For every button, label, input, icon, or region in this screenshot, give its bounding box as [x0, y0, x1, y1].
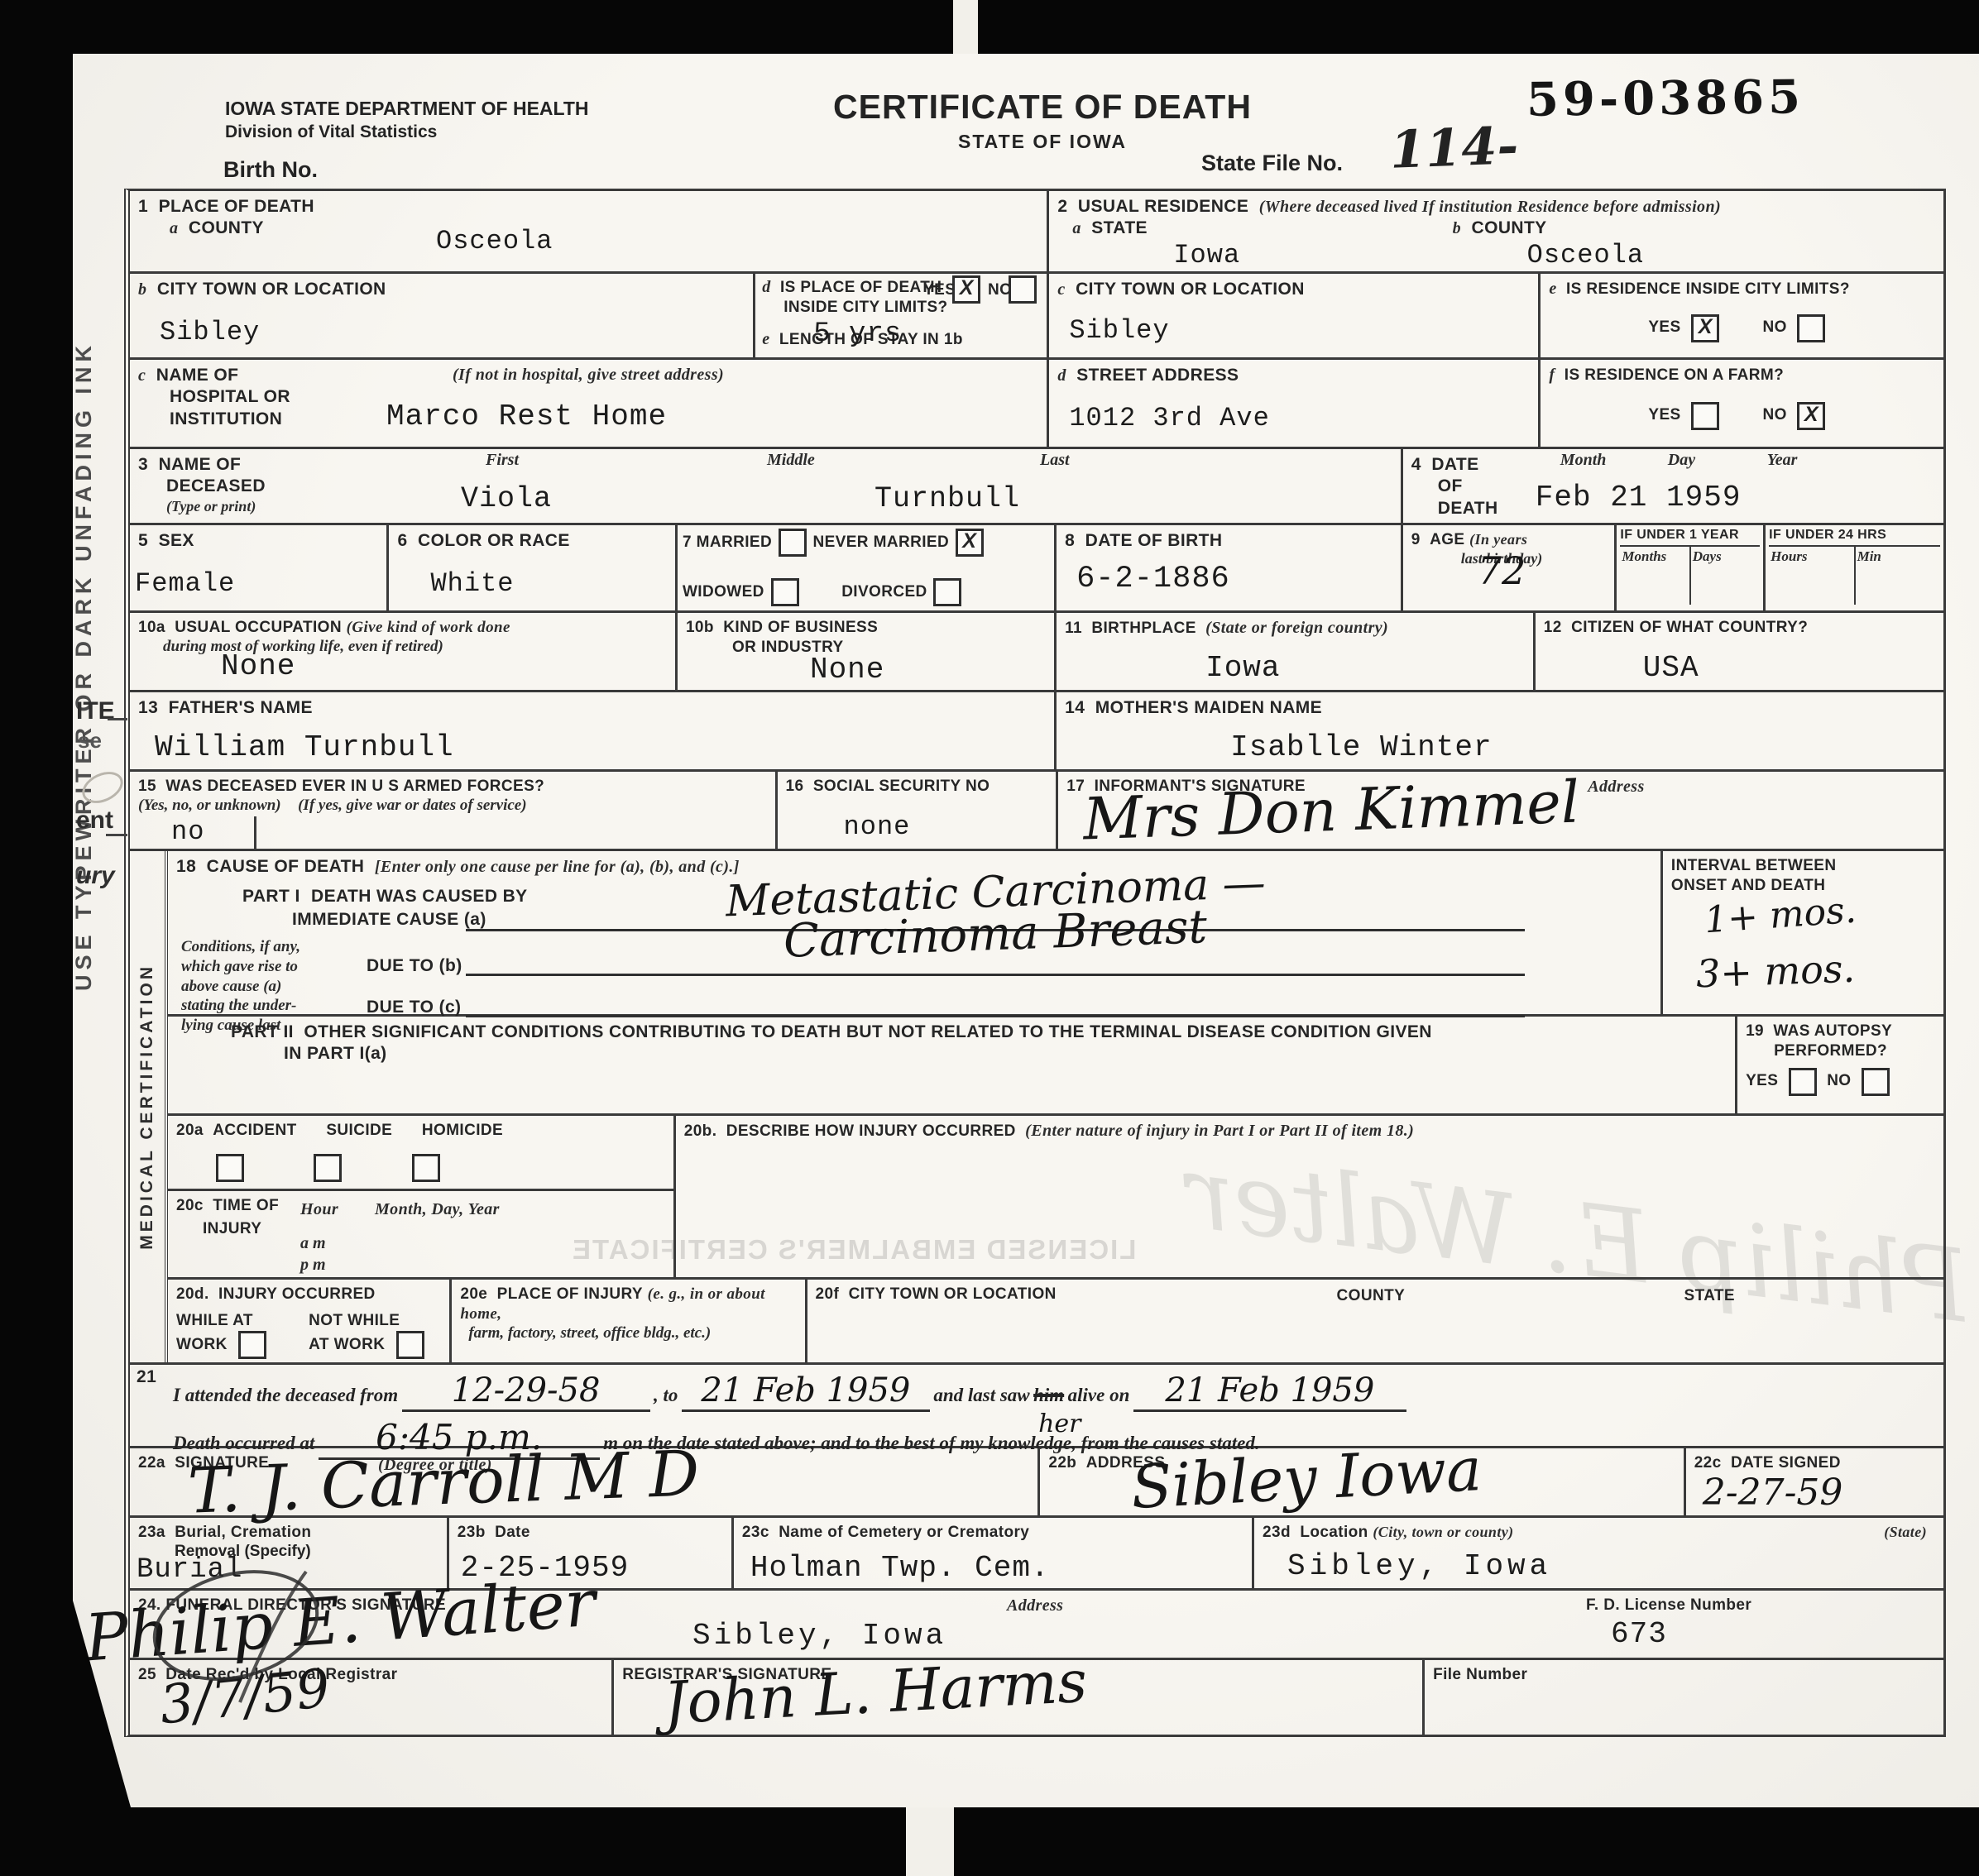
divorced-label: DIVORCED — [841, 583, 927, 601]
ssn-value: none — [844, 811, 911, 842]
certificate-form: 1 PLACE OF DEATH a COUNTY Osceola 2 USUA… — [124, 189, 1946, 1737]
last-seen-value: 21 Feb 1959 — [1165, 1371, 1374, 1409]
sub-letter: d — [1057, 366, 1066, 385]
field-2f-farm: f IS RESIDENCE ON A FARM? YES NO X — [1541, 360, 1943, 447]
form-row: 20c TIME OF Hour Month, Day, Year INJURY… — [168, 1189, 1943, 1280]
form-row: 15 WAS DECEASED EVER IN U S ARMED FORCES… — [130, 772, 1943, 851]
checkbox-married — [779, 529, 807, 557]
burial-location-value: Sibley, Iowa — [1287, 1549, 1551, 1583]
physician-signature: T. J. Carroll M D — [187, 1436, 701, 1528]
field-14-mother: 14 MOTHER'S MAIDEN NAME Isablle Winter — [1057, 692, 1943, 769]
field-hint: (Enter nature of injury in Part I or Par… — [1025, 1122, 1414, 1140]
conditions-line: stating the under- — [181, 996, 300, 1016]
field-number: 6 — [397, 531, 407, 550]
film-top-bar — [0, 0, 1979, 54]
field-number: 5 — [138, 531, 148, 550]
business-value: None — [810, 653, 884, 687]
checkbox-res-inside-no — [1797, 314, 1825, 342]
struck-word: him — [1033, 1385, 1064, 1405]
field-17-informant: 17 INFORMANT'S SIGNATURE Address Mrs Don… — [1058, 772, 1943, 849]
field-20c-time-of-injury: 20c TIME OF Hour Month, Day, Year INJURY… — [168, 1189, 676, 1277]
checkbox-homicide — [412, 1154, 440, 1182]
sub-letter: a — [1072, 219, 1081, 237]
form-row: 3 NAME OF DECEASED (Type or print) First… — [130, 449, 1943, 525]
field-23d-location: 23d Location (City, town or county) (Sta… — [1254, 1518, 1943, 1588]
part2-label: PART II — [231, 1022, 294, 1041]
form-row: 18 CAUSE OF DEATH [Enter only one cause … — [168, 851, 1943, 1017]
margin-fragment: se — [78, 728, 102, 754]
field-number: 19 — [1746, 1022, 1764, 1040]
sub-letter: b — [1453, 219, 1461, 237]
due-to-b-label: DUE TO (b) — [367, 955, 462, 977]
field-1c-hospital: c NAME OF (If not in hospital, give stre… — [130, 360, 1049, 447]
field-9-age: 9 AGE (In years last birthday) 72 — [1403, 525, 1617, 610]
state-file-label: State File No. — [1201, 151, 1343, 176]
field-10b-business: 10b KIND OF BUSINESS OR INDUSTRY None — [678, 613, 1057, 690]
field-1a-county: 1 PLACE OF DEATH a COUNTY Osceola — [130, 191, 1049, 271]
conditions-line: which gave rise to — [181, 957, 300, 977]
form-row: 5 SEX Female 6 COLOR OR RACE White 7 MAR… — [130, 525, 1943, 613]
first-name-value: Viola — [461, 482, 552, 515]
field-9-under-24-hrs: IF UNDER 24 HRS Hours Min — [1766, 525, 1943, 610]
days-label: Days — [1691, 547, 1760, 605]
microfilm-frame: USE TYPEWRITER OR DARK UNFADING INK ITE … — [0, 0, 1979, 1876]
mother-name-value: Isablle Winter — [1230, 730, 1492, 764]
field-number: 22b — [1048, 1454, 1076, 1472]
field-number: 16 — [786, 778, 804, 795]
sub-letter: a — [170, 219, 178, 237]
field-number: 3 — [138, 455, 148, 474]
field-label: Location — [1300, 1524, 1368, 1541]
sub-label: NAME OF — [156, 366, 239, 385]
autopsy-label: PERFORMED? — [1774, 1041, 1935, 1061]
suicide-label: SUICIDE — [326, 1122, 392, 1139]
min-label: Min — [1856, 547, 1940, 605]
part2-text: OTHER SIGNIFICANT CONDITIONS CONTRIBUTIN… — [304, 1022, 1431, 1041]
field-18-interval: INTERVAL BETWEEN ONSET AND DEATH 1+ mos.… — [1663, 851, 1943, 1014]
field-number: 11 — [1065, 620, 1082, 637]
field-6-race: 6 COLOR OR RACE White — [389, 525, 678, 610]
field-label: DATE OF BIRTH — [1085, 531, 1223, 550]
form-row: 13 FATHER'S NAME William Turnbull 14 MOT… — [130, 692, 1943, 772]
medical-certification-block: MEDICAL CERTIFICATION 18 CAUSE OF DEATH … — [130, 851, 1943, 1362]
checkmark: X — [1699, 315, 1713, 338]
corrected-word: her — [1038, 1409, 1081, 1438]
checkbox-farm-no: X — [1797, 402, 1825, 430]
sub-letter: d — [762, 278, 770, 296]
part2-text: IN PART I(a) — [284, 1043, 1727, 1065]
age-value: 72 — [1478, 548, 1526, 593]
field-number: 20c — [176, 1197, 204, 1214]
field-20e-place-of-injury: 20e PLACE OF INJURY (e. g., in or about … — [452, 1280, 807, 1362]
field-number: 23d — [1263, 1524, 1291, 1541]
field-label: PLACE OF INJURY — [497, 1285, 643, 1303]
field-hint: (In years — [1469, 531, 1527, 548]
checkbox-divorced — [933, 578, 961, 606]
field-label: NAME OF — [159, 455, 242, 474]
pm-label: p m — [300, 1256, 326, 1275]
form-row: 25 Date Rec'd by Local Registrar 3/7/59 … — [130, 1660, 1943, 1735]
county-label: COUNTY — [1337, 1286, 1406, 1306]
sex-value: Female — [135, 568, 235, 599]
field-2b-county: b COUNTY Osceola — [1453, 218, 1935, 270]
margin-fragment: ent — [76, 806, 113, 835]
last-name-value: Turnbull — [874, 482, 1020, 515]
form-row: b CITY TOWN OR LOCATION Sibley d IS PLAC… — [130, 274, 1943, 360]
checkbox-res-inside-yes: X — [1691, 314, 1719, 342]
due-to-c-label: DUE TO (c) — [367, 997, 461, 1018]
field-2-usual-residence: 2 USUAL RESIDENCE (Where deceased lived … — [1049, 191, 1943, 271]
field-label: COLOR OR RACE — [418, 531, 570, 550]
field-number: 22c — [1694, 1454, 1722, 1472]
field-label: OR INDUSTRY — [732, 638, 1046, 658]
medical-certification-label: MEDICAL CERTIFICATION — [137, 964, 157, 1250]
not-while-at-work-label: NOT WHILE — [309, 1312, 400, 1329]
field-number: 13 — [138, 698, 158, 717]
film-left-bar — [0, 0, 73, 1876]
field-label: TIME OF — [213, 1197, 279, 1214]
residence-city-value: Sibley — [1069, 315, 1169, 346]
field-label: DECEASED — [166, 476, 1392, 497]
field-2d-street: d STREET ADDRESS 1012 3rd Ave — [1049, 360, 1541, 447]
attended-from-line: 12-29-58 — [402, 1371, 650, 1412]
county-value: Osceola — [436, 226, 553, 256]
film-top-notch — [953, 0, 978, 54]
field-16-ssn: 16 SOCIAL SECURITY NO none — [778, 772, 1059, 849]
field-label: Name of Cemetery or Crematory — [779, 1524, 1029, 1541]
field-20d-injury-occurred: 20d. INJURY OCCURRED WHILE AT WORK NOT W… — [168, 1280, 452, 1362]
sub-label: INSIDE CITY LIMITS? — [783, 299, 947, 316]
occupation-value: None — [221, 649, 295, 683]
married-label: MARRIED — [697, 534, 772, 551]
film-bottom-bar — [0, 1807, 1979, 1876]
field-13-father: 13 FATHER'S NAME William Turnbull — [130, 692, 1057, 769]
agency-name: IOWA STATE DEPARTMENT OF HEALTH — [225, 98, 589, 120]
margin-fragment: ury — [76, 862, 115, 890]
license-number-value: 673 — [1611, 1617, 1667, 1651]
field-label: AGE — [1430, 531, 1464, 548]
margin-fragment: ITE — [76, 697, 115, 725]
field-24-funeral-director: 24. FUNERAL DIRECTOR'S SIGNATURE Address… — [130, 1591, 1943, 1658]
checkbox-autopsy-yes — [1789, 1068, 1817, 1096]
not-while-at-work-label: AT WORK — [309, 1336, 385, 1353]
form-row: 1 PLACE OF DEATH a COUNTY Osceola 2 USUA… — [130, 191, 1943, 274]
state-file-value: 114- — [1389, 115, 1520, 179]
field-number: 23a — [138, 1524, 165, 1541]
field-number: 12 — [1544, 619, 1562, 636]
medical-certification-strip: MEDICAL CERTIFICATION — [130, 851, 168, 1362]
col-middle: Middle — [767, 451, 815, 470]
checkbox-suicide — [314, 1154, 342, 1182]
film-bottom-notch — [906, 1807, 954, 1876]
sub-letter: e — [1549, 280, 1556, 298]
date-signed-value: 2-27-59 — [1703, 1472, 1843, 1514]
state-hint: (State) — [1884, 1523, 1927, 1542]
hospital-value: Marco Rest Home — [386, 400, 667, 433]
field-19-autopsy: 19 WAS AUTOPSY PERFORMED? YES NO — [1737, 1017, 1943, 1113]
date-of-death-value: Feb 21 1959 — [1536, 481, 1742, 514]
form-row: 21 I attended the deceased from 12-29-58… — [130, 1362, 1943, 1448]
field-hint: (If not in hospital, give street address… — [453, 365, 724, 385]
field-12-citizen: 12 CITIZEN OF WHAT COUNTRY? USA — [1536, 613, 1943, 690]
while-at-work-label: WORK — [176, 1336, 228, 1353]
sub-label: COUNTY — [1472, 218, 1547, 237]
field-number: 10a — [138, 619, 165, 636]
yes-label: YES — [1648, 318, 1680, 336]
field-23c-cemetery: 23c Name of Cemetery or Crematory Holman… — [734, 1518, 1254, 1588]
field-label: FATHER'S NAME — [169, 698, 313, 717]
col-day: Day — [1668, 451, 1695, 470]
form-row: 20d. INJURY OCCURRED WHILE AT WORK NOT W… — [168, 1280, 1943, 1362]
field-label: SEX — [159, 531, 194, 550]
conditions-line: Conditions, if any, — [181, 937, 300, 957]
field-label: KIND OF BUSINESS — [723, 619, 878, 636]
field-label: CITY TOWN OR LOCATION — [849, 1285, 1057, 1303]
field-hint: (If yes, give war or dates of service) — [298, 797, 526, 814]
interval-a-value: 1+ mos. — [1703, 889, 1857, 942]
autopsy-label: WAS AUTOPSY — [1773, 1022, 1892, 1040]
field-20f-city-county-state: 20f CITY TOWN OR LOCATION COUNTY STATE — [807, 1280, 1943, 1362]
residence-county-value: Osceola — [1527, 240, 1935, 270]
conditions-line: above cause (a) — [181, 977, 300, 997]
field-4-date-of-death: 4 DATE OF DEATH Month Day Year Feb 21 19… — [1403, 449, 1943, 523]
field-8-date-of-birth: 8 DATE OF BIRTH 6-2-1886 — [1057, 525, 1403, 610]
state-label: STATE — [1684, 1286, 1735, 1306]
field-number: 23c — [742, 1524, 769, 1541]
margin-ink-instruction: USE TYPEWRITER OR DARK UNFADING INK — [71, 65, 97, 991]
field-number: 21 — [137, 1366, 156, 1388]
sub-label: CITY TOWN OR LOCATION — [157, 280, 386, 299]
checkbox-not-while-at-work — [396, 1331, 424, 1359]
field-20a-manner: 20a ACCIDENT SUICIDE HOMICIDE — [168, 1116, 676, 1189]
field-label: BIRTHPLACE — [1091, 620, 1196, 637]
checkbox-pod-inside-no — [1009, 275, 1037, 304]
field-number: 20e — [460, 1285, 487, 1303]
checkbox-pod-inside-yes: X — [952, 275, 980, 304]
field-20b-describe-injury: 20b. DESCRIBE HOW INJURY OCCURRED (Enter… — [676, 1116, 1943, 1189]
sub-label: STREET ADDRESS — [1076, 366, 1239, 385]
checkmark: X — [960, 276, 974, 299]
address-label: Address — [1588, 777, 1644, 797]
field-2a-state: a STATE Iowa — [1057, 218, 1452, 270]
attest-text: and last saw — [933, 1385, 1029, 1405]
field-label: USUAL RESIDENCE — [1078, 197, 1248, 216]
attest-text: alive on — [1068, 1385, 1130, 1405]
checkbox-farm-yes — [1691, 402, 1719, 430]
field-number: 9 — [1411, 531, 1421, 548]
yes-label: YES — [923, 280, 956, 300]
field-hint: farm, factory, street, office bldg., etc… — [468, 1324, 796, 1342]
attended-to-value: 21 Feb 1959 — [701, 1371, 910, 1409]
file-number-stamp: 59-03865 — [1526, 69, 1805, 127]
while-at-work-label: WHILE AT — [176, 1312, 253, 1329]
field-number: 7 — [683, 534, 692, 551]
field-22b-address: 22b ADDRESS Sibley Iowa — [1040, 1448, 1685, 1515]
document-title: CERTIFICATE OF DEATH — [807, 88, 1278, 127]
field-number: 22a — [138, 1454, 165, 1472]
sub-label: IS RESIDENCE ON A FARM? — [1565, 366, 1784, 384]
field-11-birthplace: 11 BIRTHPLACE (State or foreign country)… — [1057, 613, 1536, 690]
sub-letter: b — [138, 280, 146, 299]
date-of-birth-value: 6-2-1886 — [1076, 562, 1230, 596]
field-label: MOTHER'S MAIDEN NAME — [1095, 698, 1322, 717]
last-seen-line: 21 Feb 1959 — [1133, 1371, 1406, 1412]
part1-label: PART I — [242, 887, 300, 906]
field-25-file-number: File Number — [1425, 1660, 1943, 1735]
field-1d-1e: d IS PLACE OF DEATH INSIDE CITY LIMITS? … — [755, 274, 1049, 357]
field-hint: (City, town or county) — [1373, 1524, 1513, 1540]
state-value: Iowa — [1173, 240, 1452, 270]
father-name-value: William Turnbull — [155, 730, 454, 764]
attended-to-line: 21 Feb 1959 — [682, 1371, 930, 1412]
file-number-label: File Number — [1433, 1665, 1935, 1685]
col-last: Last — [1040, 451, 1070, 470]
field-7-marital-status: 7 MARRIED NEVER MARRIED X WIDOWED DIVORC… — [678, 525, 1057, 610]
field-hint: (State or foreign country) — [1205, 619, 1388, 637]
cause-c-line — [466, 985, 1525, 1017]
registrar-signature: John L. Harms — [662, 1648, 1089, 1738]
field-label: SOCIAL SECURITY NO — [813, 778, 989, 795]
cause-b-value: Carcinoma Breast — [783, 900, 1208, 969]
divider — [254, 816, 256, 849]
field-label: PLACE OF DEATH — [159, 197, 314, 216]
field-number: 14 — [1065, 698, 1085, 717]
field-1b-city: b CITY TOWN OR LOCATION Sibley — [130, 274, 755, 357]
attest-text: I attended the deceased from — [173, 1385, 398, 1405]
sub-letter: f — [1549, 366, 1555, 384]
field-20b-blank-area — [676, 1189, 1943, 1277]
sub-label: IS PLACE OF DEATH — [780, 279, 942, 296]
yes-label: YES — [1648, 406, 1680, 424]
checkmark: X — [1804, 403, 1818, 426]
city-of-death-value: Sibley — [160, 317, 260, 347]
sub-letter: c — [138, 366, 146, 385]
field-25-registrar-signature: REGISTRAR'S SIGNATURE John L. Harms — [614, 1660, 1425, 1735]
field-label: CITIZEN OF WHAT COUNTRY? — [1571, 619, 1808, 636]
col-year: Year — [1767, 451, 1798, 470]
field-15-armed-forces: 15 WAS DECEASED EVER IN U S ARMED FORCES… — [130, 772, 778, 849]
field-label: DATE — [1431, 455, 1478, 474]
form-row: 20a ACCIDENT SUICIDE HOMICIDE 20b. DESCR… — [168, 1116, 1943, 1189]
field-label: DESCRIBE HOW INJURY OCCURRED — [726, 1122, 1016, 1140]
cause-b-line: Carcinoma Breast — [466, 907, 1525, 976]
field-number: 2 — [1057, 197, 1067, 216]
form-row: c NAME OF (If not in hospital, give stre… — [130, 360, 1943, 449]
sub-label: CITY TOWN OR LOCATION — [1076, 280, 1305, 299]
under-24-hrs-label: IF UNDER 24 HRS — [1769, 527, 1940, 543]
hour-label: Hour — [300, 1199, 338, 1220]
attended-from-value: 12-29-58 — [452, 1371, 601, 1409]
checkbox-while-at-work — [238, 1331, 266, 1359]
field-2c-city: c CITY TOWN OR LOCATION Sibley — [1049, 274, 1541, 357]
document-subtitle: STATE OF IOWA — [807, 131, 1278, 153]
checkmark: X — [962, 529, 976, 553]
field-number: 20d. — [176, 1285, 209, 1303]
cemetery-value: Holman Twp. Cem. — [750, 1551, 1050, 1585]
never-married-label: NEVER MARRIED — [812, 534, 949, 551]
form-row: 22a SIGNATURE (Degree or title) T. J. Ca… — [130, 1448, 1943, 1518]
no-label: NO — [1763, 406, 1787, 424]
yes-label: YES — [1746, 1072, 1778, 1089]
field-2e-inside-limits: e IS RESIDENCE INSIDE CITY LIMITS? YES X… — [1541, 274, 1943, 357]
address-label: Address — [1007, 1596, 1063, 1616]
form-row: 10a USUAL OCCUPATION (Give kind of work … — [130, 613, 1943, 692]
no-label: NO — [1762, 318, 1786, 336]
field-label: CAUSE OF DEATH — [207, 857, 365, 876]
months-label: Months — [1620, 547, 1690, 605]
field-label: WAS DECEASED EVER IN U S ARMED FORCES? — [165, 778, 544, 795]
mdy-label: Month, Day, Year — [375, 1199, 500, 1220]
field-number: 15 — [138, 778, 156, 795]
interval-b-value: 3+ mos. — [1695, 946, 1856, 997]
field-label: INJURY — [203, 1219, 665, 1239]
field-number: 1 — [138, 197, 148, 216]
field-hint: (Where deceased lived If institution Res… — [1259, 198, 1721, 216]
street-address-value: 1012 3rd Ave — [1069, 403, 1269, 433]
col-month: Month — [1560, 451, 1607, 470]
sub-letter: e — [762, 330, 769, 348]
checkbox-widowed — [771, 578, 799, 606]
field-hint: (Yes, no, or unknown) — [138, 797, 281, 814]
field-label: USUAL OCCUPATION — [175, 619, 342, 636]
field-number: 20b. — [684, 1122, 717, 1140]
interval-label: INTERVAL BETWEEN — [1671, 856, 1935, 876]
am-label: a m — [300, 1234, 326, 1253]
field-18-cause-of-death: 18 CAUSE OF DEATH [Enter only one cause … — [168, 851, 1663, 1014]
col-first: First — [486, 451, 519, 470]
citizen-value: USA — [1643, 651, 1699, 685]
attest-text: , to — [654, 1385, 678, 1405]
length-of-stay-value: 5 yrs — [813, 318, 902, 350]
form-row: PART II OTHER SIGNIFICANT CONDITIONS CON… — [168, 1017, 1943, 1116]
margin-rule-fragment — [108, 718, 127, 720]
birthplace-value: Iowa — [1205, 651, 1280, 685]
field-number: 20f — [816, 1285, 840, 1303]
under-1-year-label: IF UNDER 1 YEAR — [1620, 527, 1760, 543]
field-label: DATE SIGNED — [1731, 1454, 1841, 1472]
license-label: F. D. License Number — [1586, 1596, 1751, 1615]
field-part2: PART II OTHER SIGNIFICANT CONDITIONS CON… — [168, 1017, 1737, 1113]
agency-division: Division of Vital Statistics — [225, 122, 437, 142]
field-3-name-of-deceased: 3 NAME OF DECEASED (Type or print) First… — [130, 449, 1403, 523]
field-number: 8 — [1065, 531, 1075, 550]
field-number: 23b — [458, 1524, 486, 1541]
checkbox-never-married: X — [956, 529, 984, 557]
field-hint: (Type or print) — [166, 498, 1392, 515]
race-value: White — [430, 568, 514, 599]
no-label: NO — [1827, 1072, 1851, 1089]
sub-label: STATE — [1091, 218, 1148, 237]
sub-letter: c — [1057, 280, 1065, 299]
field-22c-date-signed: 22c DATE SIGNED 2-27-59 — [1686, 1448, 1943, 1515]
funeral-director-address: Sibley, Iowa — [692, 1619, 946, 1653]
field-number: 18 — [176, 857, 196, 876]
checkbox-accident — [216, 1154, 244, 1182]
margin-rule-fragment — [106, 834, 127, 836]
birth-no-label: Birth No. — [223, 157, 318, 183]
sub-label: IS RESIDENCE INSIDE CITY LIMITS? — [1566, 280, 1850, 298]
armed-forces-value: no — [171, 816, 204, 847]
field-21-attestation: 21 I attended the deceased from 12-29-58… — [130, 1365, 1943, 1446]
field-22a-signature: 22a SIGNATURE (Degree or title) T. J. Ca… — [130, 1448, 1040, 1515]
field-label: Date — [495, 1524, 530, 1541]
immediate-cause-label: IMMEDIATE CAUSE (a) — [292, 909, 486, 931]
widowed-label: WIDOWED — [683, 583, 764, 601]
homicide-label: HOMICIDE — [422, 1122, 503, 1139]
sub-label: COUNTY — [189, 218, 264, 237]
field-label: INJURY OCCURRED — [218, 1285, 376, 1303]
field-10a-occupation: 10a USUAL OCCUPATION (Give kind of work … — [130, 613, 678, 690]
